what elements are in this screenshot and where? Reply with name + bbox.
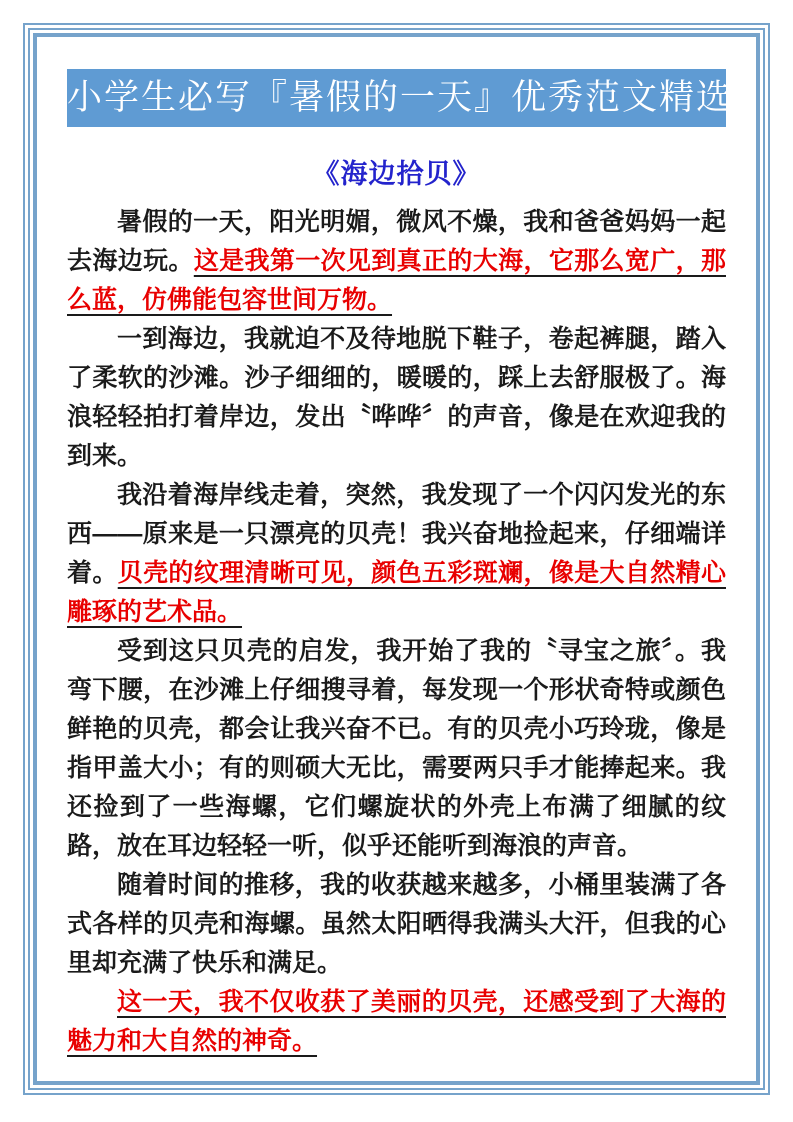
essay-title: 《海边拾贝》 xyxy=(37,152,756,191)
essay-paragraph: 这一天，我不仅收获了美丽的贝壳，还感受到了大海的魅力和大自然的神奇。 xyxy=(67,983,726,1061)
decorative-frame-outer: 小学生必写『暑假的一天』优秀范文精选 《海边拾贝》 暑假的一天，阳光明媚，微风不… xyxy=(23,23,770,1095)
banner-title: 小学生必写『暑假的一天』优秀范文精选 xyxy=(67,69,726,127)
essay-paragraph: 我沿着海岸线走着，突然，我发现了一个闪闪发光的东西——原来是一只漂亮的贝壳！我兴… xyxy=(67,476,726,632)
essay-paragraph: 随着时间的推移，我的收获越来越多，小桶里装满了各式各样的贝壳和海螺。虽然太阳晒得… xyxy=(67,866,726,983)
essay-body: 暑假的一天，阳光明媚，微风不燥，我和爸爸妈妈一起去海边玩。这是我第一次见到真正的… xyxy=(67,203,726,1061)
text-segment: 随着时间的推移，我的收获越来越多，小桶里装满了各式各样的贝壳和海螺。虽然太阳晒得… xyxy=(67,871,726,977)
essay-paragraph: 暑假的一天，阳光明媚，微风不燥，我和爸爸妈妈一起去海边玩。这是我第一次见到真正的… xyxy=(67,203,726,320)
text-segment: 受到这只贝壳的启发，我开始了我的〝寻宝之旅〞。我弯下腰，在沙滩上仔细搜寻着，每发… xyxy=(67,637,726,860)
decorative-frame-inner: 小学生必写『暑假的一天』优秀范文精选 《海边拾贝》 暑假的一天，阳光明媚，微风不… xyxy=(33,33,760,1085)
text-segment: 一到海边，我就迫不及待地脱下鞋子，卷起裤腿，踏入了柔软的沙滩。沙子细细的，暖暖的… xyxy=(67,325,726,470)
highlighted-sentence: 这一天，我不仅收获了美丽的贝壳，还感受到了大海的魅力和大自然的神奇。 xyxy=(67,988,726,1055)
essay-paragraph: 受到这只贝壳的启发，我开始了我的〝寻宝之旅〞。我弯下腰，在沙滩上仔细搜寻着，每发… xyxy=(67,632,726,866)
document-page: 小学生必写『暑假的一天』优秀范文精选 《海边拾贝》 暑假的一天，阳光明媚，微风不… xyxy=(0,0,793,1122)
decorative-frame-middle: 小学生必写『暑假的一天』优秀范文精选 《海边拾贝》 暑假的一天，阳光明媚，微风不… xyxy=(28,28,765,1090)
highlighted-sentence: 贝壳的纹理清晰可见，颜色五彩斑斓，像是大自然精心雕琢的艺术品。 xyxy=(67,559,726,626)
essay-paragraph: 一到海边，我就迫不及待地脱下鞋子，卷起裤腿，踏入了柔软的沙滩。沙子细细的，暖暖的… xyxy=(67,320,726,476)
